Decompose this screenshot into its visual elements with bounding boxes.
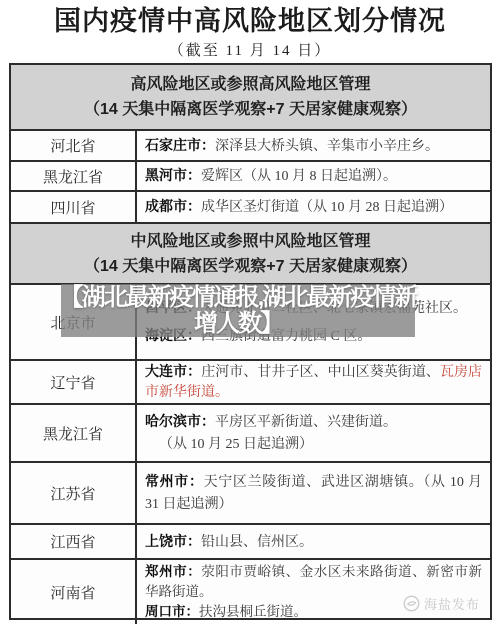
detail-text: 庄河市、甘井子区、中山区葵英街道、 <box>201 365 440 380</box>
publisher-watermark: 海盐发布 <box>403 594 480 613</box>
detail-cell: 石家庄市：深泽县大桥头镇、辛集市小辛庄乡。 <box>137 131 490 160</box>
section-header-line2: （14 天集中隔离医学观察+7 天居家健康观察） <box>11 254 490 279</box>
city-label: 成都市： <box>145 198 201 214</box>
risk-table: 高风险地区或参照高风险地区管理 （14 天集中隔离医学观察+7 天居家健康观察）… <box>9 63 492 620</box>
detail-entry: 常州市：天宁区兰陵街道、武进区湖塘镇。（从 10 月 31 日起追溯） <box>145 470 482 516</box>
table-row: 江苏省 常州市：天宁区兰陵街道、武进区湖塘镇。（从 10 月 31 日起追溯） <box>11 463 490 525</box>
watermark-overlay: 【湖北最新疫情通报,湖北最新疫情新 增人数】 <box>61 284 415 337</box>
province-cell: 辽宁省 <box>11 361 137 403</box>
province-cell: 河北省 <box>11 131 137 160</box>
table-row: 黑龙江省 哈尔滨市：平房区平新街道、兴建街道。 （从 10 月 25 日起追溯） <box>11 405 490 463</box>
province-cell: 江苏省 <box>11 463 137 523</box>
detail-cell: 哈尔滨市：平房区平新街道、兴建街道。 （从 10 月 25 日起追溯） <box>137 405 490 461</box>
table-row: 黑龙江省 黑河市：爱辉区（从 10 月 8 日起追溯）。 <box>11 162 490 192</box>
high-risk-section-header: 高风险地区或参照高风险地区管理 （14 天集中隔离医学观察+7 天居家健康观察） <box>11 65 490 131</box>
table-row: 四川省 成都市：成华区圣灯街道（从 10 月 28 日起追溯） <box>11 192 490 224</box>
detail-text: 平房区平新街道、兴建街道。 <box>215 415 397 430</box>
table-row: 河北省 石家庄市：深泽县大桥头镇、辛集市小辛庄乡。 <box>11 131 490 162</box>
city-label: 上饶市： <box>145 533 201 549</box>
detail-text: 深泽县大桥头镇、辛集市小辛庄乡。 <box>215 139 439 154</box>
date-subtitle: （截至 11 月 14 日） <box>0 39 500 60</box>
section-header-line1: 中风险地区或参照中风险地区管理 <box>11 229 490 254</box>
city-label: 哈尔滨市： <box>145 413 215 429</box>
page: 国内疫情中高风险地区划分情况 （截至 11 月 14 日） 高风险地区或参照高风… <box>0 0 500 628</box>
traceback-line: （从 10 月 25 日起追溯） <box>145 434 482 456</box>
detail-entry: 哈尔滨市：平房区平新街道、兴建街道。 <box>145 410 482 434</box>
detail-entry: 成都市：成华区圣灯街道（从 10 月 28 日起追溯） <box>145 195 482 219</box>
detail-entry: 石家庄市：深泽县大桥头镇、辛集市小辛庄乡。 <box>145 134 482 158</box>
section-header-line2: （14 天集中隔离医学观察+7 天居家健康观察） <box>11 97 490 122</box>
province-cell: 河南省 <box>11 560 137 624</box>
city-label: 大连市： <box>145 363 201 379</box>
medium-risk-section-header: 中风险地区或参照中风险地区管理 （14 天集中隔离医学观察+7 天居家健康观察） <box>11 224 490 285</box>
city-label: 石家庄市： <box>145 137 215 153</box>
detail-text: 扶沟县桐丘街道。 <box>199 604 307 619</box>
province-cell: 四川省 <box>11 192 137 222</box>
detail-text: 成华区圣灯街道（从 10 月 28 日起追溯） <box>201 200 453 215</box>
detail-cell: 大连市：庄河市、甘井子区、中山区葵英街道、瓦房店市新华街道。 <box>137 361 490 403</box>
detail-cell: 上饶市：铅山县、信州区。 <box>137 525 490 558</box>
detail-text: 铅山县、信州区。 <box>201 535 313 550</box>
city-label: 郑州市： <box>145 564 201 579</box>
detail-cell: 郑州市：荥阳市贾峪镇、金水区未来路街道、新密市新华路街道。 周口市：扶沟县桐丘街… <box>137 560 490 624</box>
table-row: 江西省 上饶市：铅山县、信州区。 <box>11 525 490 560</box>
detail-cell: 成都市：成华区圣灯街道（从 10 月 28 日起追溯） <box>137 192 490 222</box>
detail-entry: 上饶市：铅山县、信州区。 <box>145 530 482 554</box>
main-title: 国内疫情中高风险地区划分情况 <box>0 0 500 37</box>
city-label: 周口市： <box>145 604 199 619</box>
watermark-overlay-line1: 【湖北最新疫情通报,湖北最新疫情新 <box>60 285 417 311</box>
detail-text: 爱辉区（从 10 月 8 日起追溯）。 <box>201 169 397 184</box>
detail-cell: 常州市：天宁区兰陵街道、武进区湖塘镇。（从 10 月 31 日起追溯） <box>137 463 490 523</box>
city-label: 黑河市： <box>145 167 201 183</box>
detail-cell: 黑河市：爱辉区（从 10 月 8 日起追溯）。 <box>137 162 490 190</box>
detail-entry: 黑河市：爱辉区（从 10 月 8 日起追溯）。 <box>145 164 482 188</box>
publisher-name: 海盐发布 <box>424 594 480 613</box>
table-row: 辽宁省 大连市：庄河市、甘井子区、中山区葵英街道、瓦房店市新华街道。 <box>11 361 490 405</box>
section-header-line1: 高风险地区或参照高风险地区管理 <box>11 72 490 97</box>
detail-entry: 大连市：庄河市、甘井子区、中山区葵英街道、瓦房店市新华街道。 <box>145 361 482 403</box>
province-cell: 黑龙江省 <box>11 405 137 461</box>
haiyan-logo-icon <box>403 595 420 612</box>
watermark-overlay-line2: 增人数】 <box>194 311 282 337</box>
province-cell: 黑龙江省 <box>11 162 137 190</box>
province-cell: 江西省 <box>11 525 137 558</box>
table-row: 河南省 郑州市：荥阳市贾峪镇、金水区未来路街道、新密市新华路街道。 周口市：扶沟… <box>11 560 490 624</box>
city-label: 常州市： <box>145 473 204 489</box>
